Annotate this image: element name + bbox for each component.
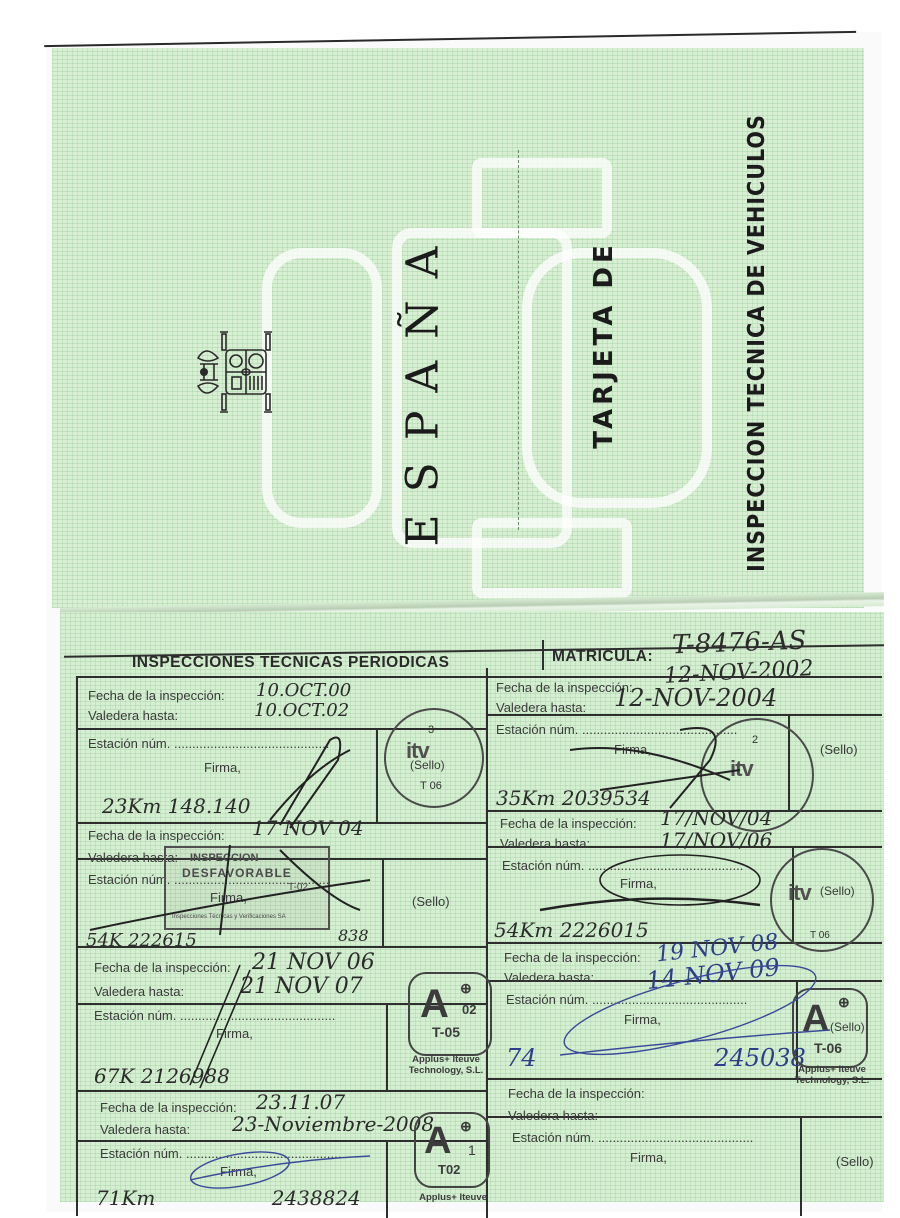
inspection-date-label: Fecha de la inspección: — [94, 960, 231, 975]
inspection-date-label: Fecha de la inspección: — [508, 1086, 645, 1101]
inspection-date-label: Fecha de la inspección: — [496, 680, 633, 695]
seal-divider — [386, 1140, 388, 1218]
station-stamp: A ⊕ 1 T02 — [414, 1112, 490, 1188]
seal-divider — [382, 858, 384, 946]
seal-label: (Sello) — [836, 1154, 874, 1169]
odometer-value: 54K 222615 — [86, 930, 197, 951]
inspection-date-value: 10.OCT.00 — [256, 680, 351, 701]
valid-until-value: 21 NOV 07 — [240, 974, 363, 999]
plus-circle-icon: ⊕ — [460, 980, 472, 997]
valid-until-label: Valedera hasta: — [508, 1108, 598, 1123]
plate-value: T-8476-AS — [672, 626, 807, 661]
station-label: Estación núm. ..........................… — [88, 736, 329, 751]
odometer-value: 23Km 148.140 — [102, 794, 250, 818]
inspection-date-label: Fecha de la inspección: — [504, 950, 641, 965]
stamp-company: Applus+ Iteuve Technology, S.L. — [398, 1054, 494, 1076]
odometer-value: 74 245038 — [506, 1044, 806, 1072]
station-stamp: 3 itv (Sello) T 06 — [384, 708, 484, 808]
seal-label: (Sello) — [820, 742, 858, 757]
station-label: Estación núm. ..........................… — [506, 992, 747, 1007]
seal-label: (Sello) — [412, 894, 450, 909]
inspection-date-value: 23.11.07 — [256, 1090, 345, 1114]
valid-until-label: Valedera hasta: — [500, 836, 590, 851]
coat-of-arms-icon — [192, 328, 282, 416]
watermark-shape — [472, 158, 612, 238]
valid-until-value: 10.OCT.02 — [254, 700, 349, 721]
cover-country: ESPAÑA — [397, 225, 448, 547]
station-label: Estación núm. ..........................… — [496, 722, 737, 737]
itv-logo-icon: itv — [730, 756, 753, 782]
signature-label: Firma, — [630, 1150, 667, 1165]
plate-label: MATRICULA: — [552, 648, 653, 666]
itv-logo-icon: itv — [788, 880, 811, 906]
station-label: Estación núm. ..........................… — [100, 1146, 341, 1161]
inspection-date-value: 21 NOV 06 — [252, 950, 375, 975]
valid-until-label: Valedera hasta: — [504, 970, 594, 985]
seal-divider — [376, 728, 378, 822]
stamp-company: Applus+ Iteuve — [408, 1192, 498, 1203]
valid-until-label: Valedera hasta: — [496, 700, 586, 715]
valid-until-label: Valedera hasta: — [100, 1122, 190, 1137]
station-label: Estación núm. ..........................… — [502, 858, 743, 873]
plate-divider — [542, 640, 544, 670]
inspection-date-value: 17/NOV/04 — [660, 806, 772, 830]
unfavorable-stamp: INSPECCION DESFAVORABLE T-02 Inspeccione… — [164, 846, 330, 930]
odometer-value: 35Km 2039534 — [496, 786, 651, 810]
signature-label: Firma, — [624, 1012, 661, 1027]
table-header: INSPECCIONES TECNICAS PERIODICAS — [132, 654, 449, 672]
cover-page — [52, 48, 864, 608]
plus-circle-icon: ⊕ — [460, 1118, 472, 1135]
stamp-company: Applus+ Iteuve Technology, S.L. — [782, 1064, 882, 1086]
cover-title-line2: INSPECCION TECNICA DE VEHICULOS — [744, 114, 770, 572]
extra-note: 838 — [338, 926, 369, 945]
valid-until-value: 23-Noviembre-2008 — [232, 1112, 434, 1136]
inspection-date-label: Fecha de la inspección: — [500, 816, 637, 831]
signature-label: Firma, — [216, 1026, 253, 1041]
station-label: Estación núm. ..........................… — [94, 1008, 335, 1023]
odometer-value: 67K 2126988 — [94, 1064, 230, 1088]
signature-label: Firma, — [614, 742, 651, 757]
inspection-date-label: Fecha de la inspección: — [100, 1100, 237, 1115]
signature-label: Firma, — [204, 760, 241, 775]
cover-title-line1: TARJETA DE — [589, 241, 619, 449]
station-stamp: A ⊕ 02 T-05 — [408, 972, 492, 1056]
seal-divider — [800, 1116, 802, 1216]
inspection-date-label: Fecha de la inspección: — [88, 828, 225, 843]
watermark-shape — [472, 518, 632, 598]
inspection-date-label: Fecha de la inspección: — [88, 688, 225, 703]
station-stamp: itv (Sello) T 06 — [770, 848, 874, 952]
plus-circle-icon: ⊕ — [838, 994, 850, 1011]
signature-label: Firma, — [620, 876, 657, 891]
station-label: Estación núm. ..........................… — [512, 1130, 753, 1145]
odometer-value: 54Km 2226015 — [494, 918, 649, 942]
cover-divider — [518, 150, 519, 530]
seal-divider — [386, 1003, 388, 1090]
valid-until-label: Valedera hasta: — [94, 984, 184, 999]
signature-label: Firma, — [220, 1164, 257, 1179]
inspection-date-value: 17 NOV 04 — [252, 816, 364, 840]
odometer-value: 71Km 2438824 — [96, 1186, 361, 1210]
valid-until-value: 17/NOV/06 — [660, 828, 772, 852]
valid-until-value: 12-NOV-2004 — [614, 684, 777, 712]
valid-until-label: Valedera hasta: — [88, 708, 178, 723]
station-stamp: A ⊕ (Sello) T-06 — [792, 988, 868, 1068]
